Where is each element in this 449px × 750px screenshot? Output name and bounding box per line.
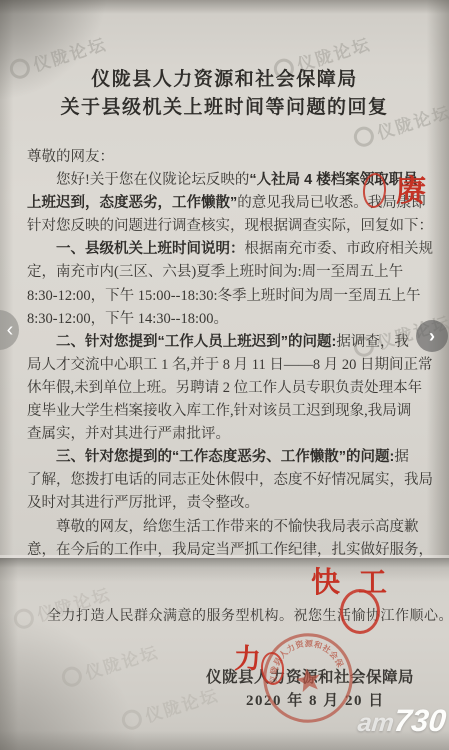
doc-line: 定，南充市内(三区、六县)夏季上班时间为:周一至周五上午	[27, 261, 425, 284]
doc-line: 休年假,未到单位上班。另聘请 2 位工作人员专职负责处理本年	[27, 377, 425, 400]
chevron-left-icon: ‹	[7, 319, 14, 342]
correction-circle-2	[340, 589, 380, 634]
doc-line: 8:30-12:00，下午 14:30--18:00。	[27, 308, 425, 331]
chevron-right-icon: ›	[429, 326, 435, 347]
doc-line: 度毕业大学生档案接收入库工作,针对该员工迟到现象,我局调	[27, 400, 425, 423]
doc-line: 一、县级机关上班时间说明：根据南充市委、市政府相关规	[27, 238, 425, 261]
doc-closing-line: 全力打造人民群众满意的服务型机构。祝您生活愉协江作顺心。	[47, 605, 449, 625]
seal-star-icon	[295, 666, 323, 692]
doc-line: 8:30-12:00，下午 15:00--18:30:冬季上班时间为周一至周五上…	[27, 285, 425, 308]
doc-line: 尊敬的网友：	[27, 146, 425, 169]
correction-char-geng: 赓	[396, 166, 426, 210]
doc-line: 了解，您拨打电话的同志正处休假中，态度不好情况属实，我局	[27, 469, 425, 492]
doc-line: 尊敬的网友，给您生活工作带来的不愉快我局表示高度歉	[27, 516, 425, 539]
doc-line: 二、针对您提到“工作人员上班迟到”的问题:据调查，我	[27, 331, 425, 354]
doc-line: 针对您反映的问题进行调查核实，现根据调查实际，回复如下：	[27, 215, 425, 238]
doc-line: 查属实，并对其进行严肃批评。	[27, 423, 425, 446]
document-title-line2: 关于县级机关上班时间等问题的回复	[0, 92, 449, 119]
document-body: 尊敬的网友： 您好!关于您在仪陇论坛反映的“人社局 4 楼档案领取职员 上班迟到…	[27, 146, 425, 562]
doc-line: 三、针对您提到的“工作态度恶劣、工作懒散”的问题:据	[27, 446, 425, 469]
doc-line: 意，在今后的工作中，我局定当严抓工作纪律，扎实做好服务，	[27, 539, 425, 562]
correction-char-li: 力	[234, 637, 261, 676]
am730-logo: am730	[356, 703, 448, 739]
am730-logo-am: am	[356, 709, 395, 737]
am730-logo-number: 730	[392, 703, 447, 738]
document-title-line1: 仪陇县人力资源和社会保障局	[0, 64, 449, 91]
doc-line: 及时对其进行严厉批评，责令整改。	[27, 492, 425, 515]
doc-line: 局人才交流中心职工 1 名,并于 8 月 11 日——8 月 20 日期间正常	[27, 354, 425, 377]
gallery-next-button[interactable]: ›	[416, 320, 448, 352]
